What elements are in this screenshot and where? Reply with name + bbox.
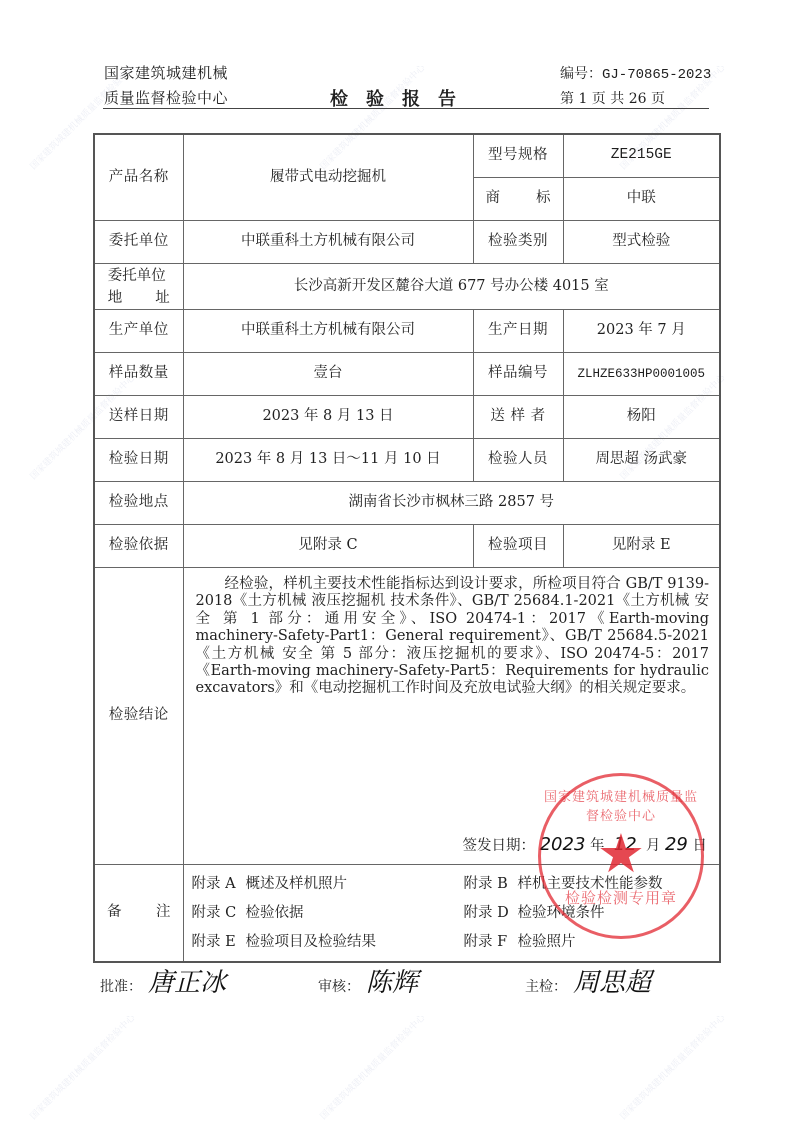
org-name-line1: 国家建筑城建机械 [104,62,228,83]
location-value: 湖南省长沙市枫林三路 2857 号 [183,482,720,525]
sender-value: 杨阳 [563,396,720,439]
items-value: 见附录 E [563,525,720,568]
inspectors-value: 周思超 汤武豪 [563,439,720,482]
remarks-cell: 附录 A概述及样机照片 附录 B样机主要技术性能参数 附录 C检验依据 附录 D… [183,865,720,963]
inspection-date-label: 检验日期 [94,439,183,482]
delivery-date-label: 送样日期 [94,396,183,439]
issue-date: 签发日期： 2023 年 12 月 29 日 [463,834,708,856]
sample-qty-label: 样品数量 [94,353,183,396]
inspection-type-value: 型式检验 [563,221,720,264]
client-label: 委托单位 [94,221,183,264]
issue-year: 2023 [540,834,586,855]
header-rule [103,108,709,109]
client-address-value: 长沙高新开发区麓谷大道 677 号办公楼 4015 室 [183,264,720,310]
conclusion-text: 经检验，样机主要技术性能指标达到设计要求，所检项目符合 GB/T 9139-20… [196,576,710,698]
conclusion-cell: 经检验，样机主要技术性能指标达到设计要求，所检项目符合 GB/T 9139-20… [183,568,720,865]
appendix-a: 附录 A概述及样机照片 [192,872,464,897]
sender-label: 送 样 者 [473,396,563,439]
trademark-value: 中联 [563,178,720,221]
review-sig: 陈辉 [366,968,418,998]
sample-no-label: 样品编号 [473,353,563,396]
client-value: 中联重科土方机械有限公司 [183,221,473,264]
appendix-b: 附录 B样机主要技术性能参数 [464,872,720,897]
basis-value: 见附录 C [183,525,473,568]
report-table: 产品名称 履带式电动挖掘机 型号规格 ZE215GE 商标 中联 委托单位 中联… [93,133,721,963]
review-signature: 审核：陈辉 [318,962,418,999]
conclusion-label: 检验结论 [94,568,183,865]
trademark-label: 商标 [473,178,563,221]
appendix-f: 附录 F检验照片 [464,930,720,955]
chief-signature: 主检：周思超 [525,962,651,999]
location-label: 检验地点 [94,482,183,525]
remarks-label: 备注 [94,865,183,963]
issue-day: 29 [665,834,688,855]
chief-sig: 周思超 [573,968,651,998]
delivery-date-value: 2023 年 8 月 13 日 [183,396,473,439]
model-label: 型号规格 [473,134,563,178]
sample-no-value: ZLHZE633HP0001005 [563,353,720,396]
product-name-value: 履带式电动挖掘机 [183,134,473,221]
items-label: 检验项目 [473,525,563,568]
approve-sig: 唐正冰 [148,968,226,998]
client-address-label: 委托单位 地址 [94,264,183,310]
production-date-label: 生产日期 [473,310,563,353]
page-info: 第 1 页 共 26 页 [560,88,665,108]
issue-month: 12 [614,834,637,855]
model-value: ZE215GE [563,134,720,178]
basis-label: 检验依据 [94,525,183,568]
org-name-line2: 质量监督检验中心 [104,87,228,108]
product-name-label: 产品名称 [94,134,183,221]
report-number: 编号：GJ-70865-2023 [560,63,711,83]
sample-qty-value: 壹台 [183,353,473,396]
watermark: 国家建筑城建机械质量监督检验中心 [616,1011,727,1122]
inspection-date-value: 2023 年 8 月 13 日～11 月 10 日 [183,439,473,482]
watermark: 国家建筑城建机械质量监督检验中心 [26,1011,137,1122]
appendix-c: 附录 C检验依据 [192,901,464,926]
inspectors-label: 检验人员 [473,439,563,482]
appendix-d: 附录 D检验环境条件 [464,901,720,926]
approve-signature: 批准：唐正冰 [100,962,226,999]
appendix-e: 附录 E检验项目及检验结果 [192,930,464,955]
manufacturer-label: 生产单位 [94,310,183,353]
watermark: 国家建筑城建机械质量监督检验中心 [316,1011,427,1122]
inspection-type-label: 检验类别 [473,221,563,264]
production-date-value: 2023 年 7 月 [563,310,720,353]
manufacturer-value: 中联重科土方机械有限公司 [183,310,473,353]
